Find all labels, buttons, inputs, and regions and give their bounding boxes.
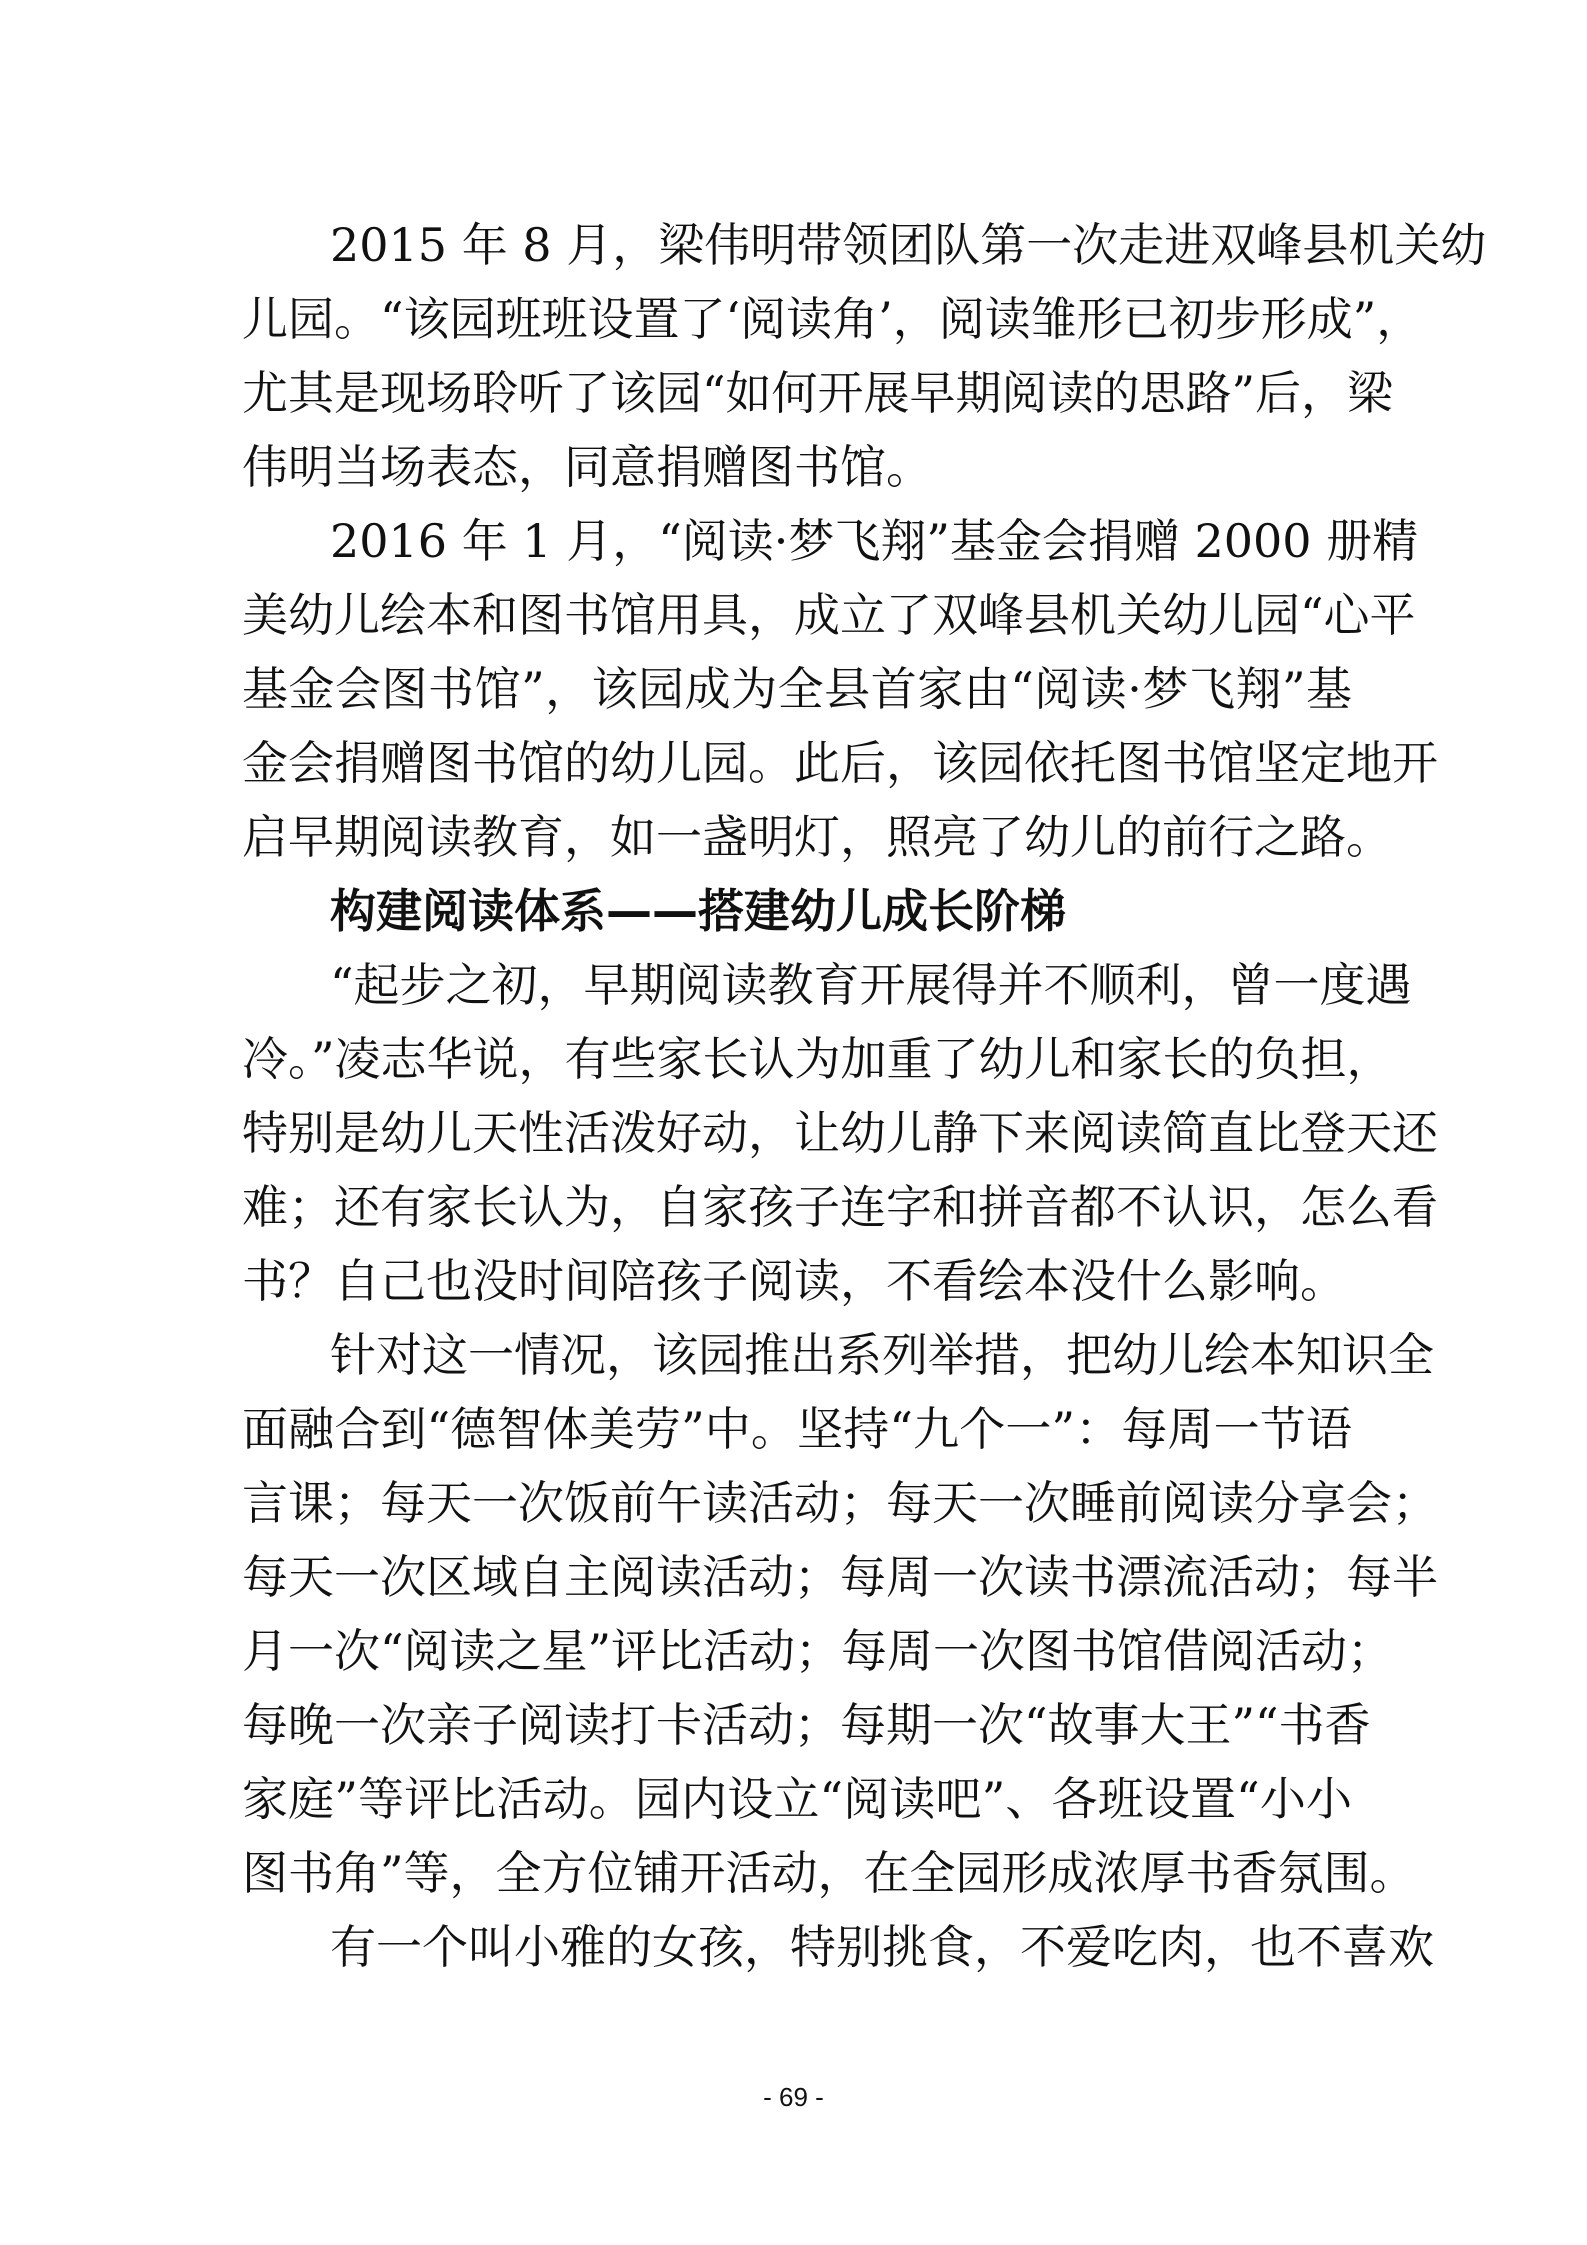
paragraph-4-line-6: 每晚一次亲子阅读打卡活动；每期一次“故事大王”“书香	[242, 1688, 1352, 1762]
document-page: 2015 年 8 月，梁伟明带领团队第一次走进双峰县机关幼 儿园。“该园班班设置…	[0, 0, 1587, 2245]
paragraph-4-line-4: 每天一次区域自主阅读活动；每周一次读书漂流活动；每半	[242, 1540, 1352, 1614]
paragraph-4-line-1: 针对这一情况，该园推出系列举措，把幼儿绘本知识全	[242, 1318, 1352, 1392]
paragraph-4-line-7: 家庭”等评比活动。园内设立“阅读吧”、各班设置“小小	[242, 1762, 1352, 1836]
paragraph-2-line-3: 基金会图书馆”，该园成为全县首家由“阅读·梦飞翔”基	[242, 652, 1352, 726]
paragraph-3-line-3: 特别是幼儿天性活泼好动，让幼儿静下来阅读简直比登天还	[242, 1096, 1352, 1170]
paragraph-4-line-3: 言课；每天一次饭前午读活动；每天一次睡前阅读分享会；	[242, 1466, 1352, 1540]
body-text: 2015 年 8 月，梁伟明带领团队第一次走进双峰县机关幼 儿园。“该园班班设置…	[242, 208, 1352, 1984]
paragraph-1-line-1: 2015 年 8 月，梁伟明带领团队第一次走进双峰县机关幼	[242, 208, 1352, 282]
paragraph-5-line-1: 有一个叫小雅的女孩，特别挑食，不爱吃肉，也不喜欢	[242, 1910, 1352, 1984]
paragraph-3-line-1: “起步之初，早期阅读教育开展得并不顺利，曾一度遇	[242, 948, 1352, 1022]
paragraph-3-line-2: 冷。”凌志华说，有些家长认为加重了幼儿和家长的负担，	[242, 1022, 1352, 1096]
paragraph-3-line-4: 难；还有家长认为，自家孩子连字和拼音都不认识，怎么看	[242, 1170, 1352, 1244]
paragraph-2-line-4: 金会捐赠图书馆的幼儿园。此后，该园依托图书馆坚定地开	[242, 726, 1352, 800]
paragraph-1-line-2: 儿园。“该园班班设置了‘阅读角’，阅读雏形已初步形成”，	[242, 282, 1352, 356]
paragraph-3-line-5: 书？自己也没时间陪孩子阅读，不看绘本没什么影响。	[242, 1244, 1352, 1318]
section-heading: 构建阅读体系——搭建幼儿成长阶梯	[242, 874, 1352, 948]
paragraph-1-line-4: 伟明当场表态，同意捐赠图书馆。	[242, 430, 1352, 504]
paragraph-2-line-5: 启早期阅读教育，如一盏明灯，照亮了幼儿的前行之路。	[242, 800, 1352, 874]
paragraph-2-line-1: 2016 年 1 月，“阅读·梦飞翔”基金会捐赠 2000 册精	[242, 504, 1352, 578]
paragraph-2-line-2: 美幼儿绘本和图书馆用具，成立了双峰县机关幼儿园“心平	[242, 578, 1352, 652]
paragraph-4-line-5: 月一次“阅读之星”评比活动；每周一次图书馆借阅活动；	[242, 1614, 1352, 1688]
page-number: - 69 -	[0, 2082, 1587, 2113]
paragraph-4-line-8: 图书角”等，全方位铺开活动，在全园形成浓厚书香氛围。	[242, 1836, 1352, 1910]
paragraph-4-line-2: 面融合到“德智体美劳”中。坚持“九个一”：每周一节语	[242, 1392, 1352, 1466]
paragraph-1-line-3: 尤其是现场聆听了该园“如何开展早期阅读的思路”后，梁	[242, 356, 1352, 430]
